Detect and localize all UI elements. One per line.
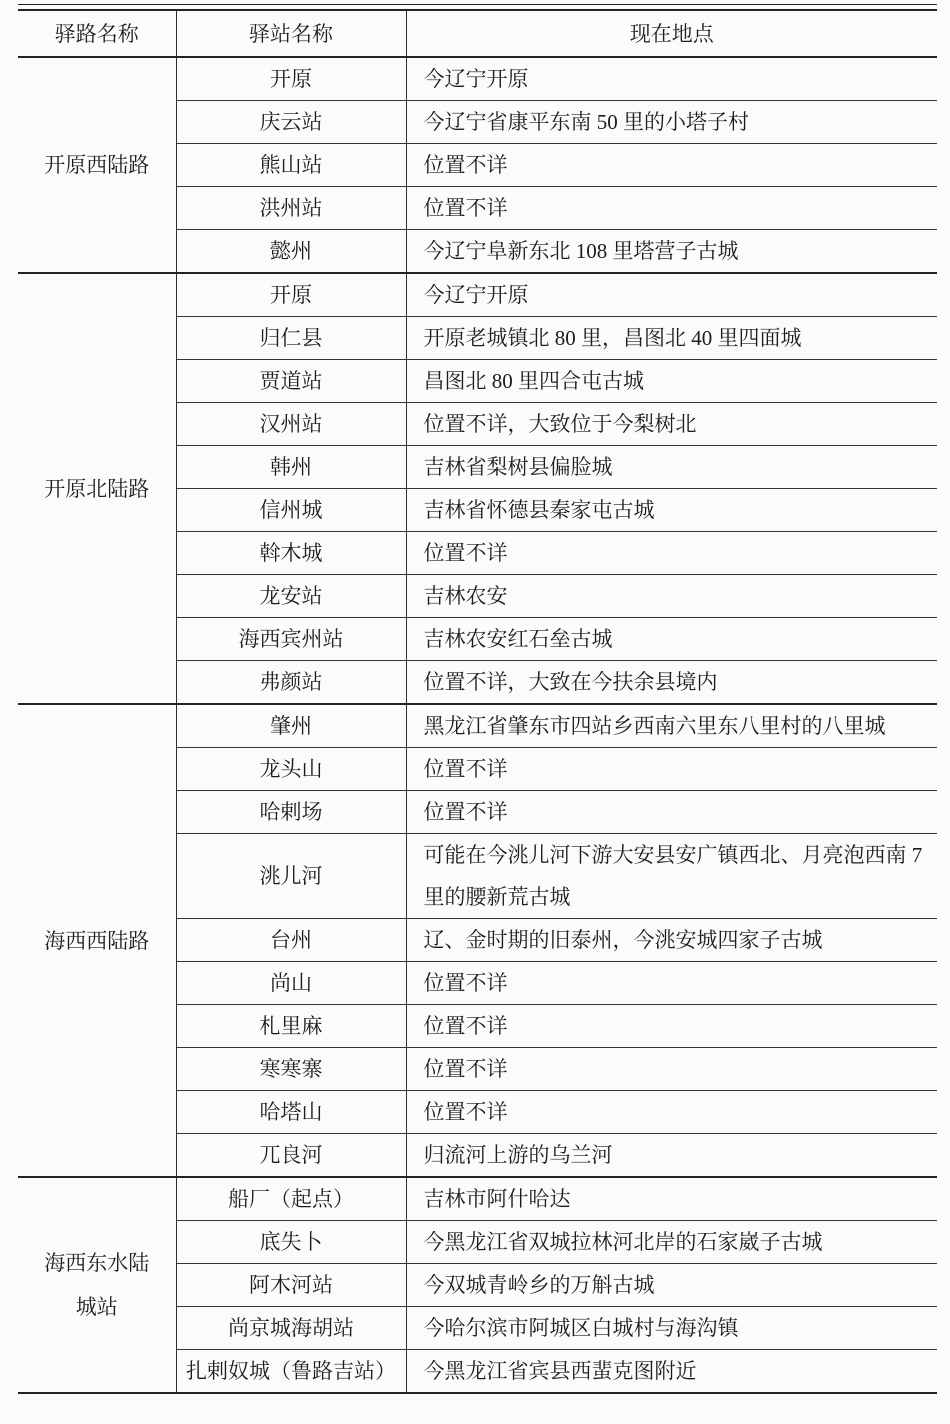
station-name-cell: 洪州站 (176, 186, 406, 229)
table-row: 开原西陆路开原今辽宁开原 (18, 57, 937, 101)
route-name-cell: 海西东水陆城站 (18, 1177, 176, 1393)
current-location-cell: 今辽宁开原 (406, 273, 937, 317)
table-body: 开原西陆路开原今辽宁开原庆云站今辽宁省康平东南 50 里的小塔子村熊山站位置不详… (18, 57, 937, 1393)
station-name-cell: 龙头山 (176, 747, 406, 790)
table-row: 海西西陆路肇州黑龙江省肇东市四站乡西南六里东八里村的八里城 (18, 704, 937, 748)
current-location-cell: 位置不详 (406, 1047, 937, 1090)
current-location-cell: 今哈尔滨市阿城区白城村与海沟镇 (406, 1306, 937, 1349)
current-location-cell: 今双城青岭乡的万斛古城 (406, 1263, 937, 1306)
table-row: 开原北陆路开原今辽宁开原 (18, 273, 937, 317)
station-name-cell: 寒寒寨 (176, 1047, 406, 1090)
station-name-cell: 肇州 (176, 704, 406, 748)
current-location-cell: 归流河上游的乌兰河 (406, 1133, 937, 1177)
station-name-cell: 开原 (176, 273, 406, 317)
station-name-cell: 汉州站 (176, 402, 406, 445)
current-location-cell: 位置不详，大致位于今梨树北 (406, 402, 937, 445)
station-name-cell: 洮儿河 (176, 833, 406, 918)
station-route-table-wrap: 驿路名称 驿站名称 现在地点 开原西陆路开原今辽宁开原庆云站今辽宁省康平东南 5… (18, 4, 937, 1394)
station-name-cell: 札里麻 (176, 1004, 406, 1047)
current-location-cell: 位置不详 (406, 1090, 937, 1133)
current-location-cell: 位置不详 (406, 1004, 937, 1047)
current-location-cell: 昌图北 80 里四合屯古城 (406, 359, 937, 402)
station-name-cell: 斡木城 (176, 531, 406, 574)
station-name-cell: 阿木河站 (176, 1263, 406, 1306)
table-header: 驿路名称 驿站名称 现在地点 (18, 10, 937, 57)
table-row: 海西东水陆城站船厂（起点）吉林市阿什哈达 (18, 1177, 937, 1221)
current-location-cell: 今辽宁开原 (406, 57, 937, 101)
route-name: 开原北陆路 (44, 467, 149, 511)
station-name-cell: 尚山 (176, 961, 406, 1004)
route-name: 海西东水陆城站 (41, 1241, 153, 1329)
station-name-cell: 韩州 (176, 445, 406, 488)
document-page: 驿路名称 驿站名称 现在地点 开原西陆路开原今辽宁开原庆云站今辽宁省康平东南 5… (0, 0, 950, 1424)
current-location-cell: 吉林农安 (406, 574, 937, 617)
station-name-cell: 船厂（起点） (176, 1177, 406, 1221)
route-name-cell: 海西西陆路 (18, 704, 176, 1177)
current-location-cell: 吉林省梨树县偏脸城 (406, 445, 937, 488)
station-name-cell: 扎剌奴城（鲁路吉站） (176, 1349, 406, 1393)
station-name-cell: 龙安站 (176, 574, 406, 617)
station-name-cell: 兀良河 (176, 1133, 406, 1177)
station-name-cell: 庆云站 (176, 100, 406, 143)
current-location-cell: 黑龙江省肇东市四站乡西南六里东八里村的八里城 (406, 704, 937, 748)
station-name-cell: 懿州 (176, 229, 406, 273)
current-location-cell: 今辽宁阜新东北 108 里塔营子古城 (406, 229, 937, 273)
current-location-cell: 位置不详 (406, 531, 937, 574)
station-name-cell: 底失卜 (176, 1220, 406, 1263)
route-name-cell: 开原西陆路 (18, 57, 176, 273)
current-location-cell: 今辽宁省康平东南 50 里的小塔子村 (406, 100, 937, 143)
current-location-cell: 位置不详 (406, 186, 937, 229)
current-location-cell: 吉林省怀德县秦家屯古城 (406, 488, 937, 531)
station-name-cell: 台州 (176, 918, 406, 961)
header-route-name: 驿路名称 (18, 10, 176, 57)
current-location-cell: 吉林市阿什哈达 (406, 1177, 937, 1221)
station-name-cell: 哈剌场 (176, 790, 406, 833)
station-name-cell: 尚京城海胡站 (176, 1306, 406, 1349)
route-name: 海西西陆路 (44, 919, 149, 963)
header-row: 驿路名称 驿站名称 现在地点 (18, 10, 937, 57)
station-name-cell: 熊山站 (176, 143, 406, 186)
current-location-cell: 位置不详 (406, 143, 937, 186)
current-location-cell: 今黑龙江省双城拉林河北岸的石家崴子古城 (406, 1220, 937, 1263)
station-name-cell: 信州城 (176, 488, 406, 531)
current-location-cell: 位置不详，大致在今扶余县境内 (406, 660, 937, 704)
route-name-cell: 开原北陆路 (18, 273, 176, 704)
station-name-cell: 弗颜站 (176, 660, 406, 704)
route-name: 开原西陆路 (44, 143, 149, 187)
station-name-cell: 贾道站 (176, 359, 406, 402)
station-route-table: 驿路名称 驿站名称 现在地点 开原西陆路开原今辽宁开原庆云站今辽宁省康平东南 5… (18, 9, 937, 1394)
current-location-cell: 可能在今洮儿河下游大安县安广镇西北、月亮泡西南 7 里的腰新荒古城 (406, 833, 937, 918)
station-name-cell: 哈塔山 (176, 1090, 406, 1133)
current-location-cell: 开原老城镇北 80 里，昌图北 40 里四面城 (406, 316, 937, 359)
station-name-cell: 归仁县 (176, 316, 406, 359)
station-name-cell: 开原 (176, 57, 406, 101)
current-location-cell: 位置不详 (406, 747, 937, 790)
current-location-cell: 位置不详 (406, 790, 937, 833)
current-location-cell: 吉林农安红石垒古城 (406, 617, 937, 660)
header-current-place: 现在地点 (406, 10, 937, 57)
current-location-cell: 辽、金时期的旧泰州，今洮安城四家子古城 (406, 918, 937, 961)
current-location-cell: 位置不详 (406, 961, 937, 1004)
header-station-name: 驿站名称 (176, 10, 406, 57)
station-name-cell: 海西宾州站 (176, 617, 406, 660)
current-location-cell: 今黑龙江省宾县西蜚克图附近 (406, 1349, 937, 1393)
